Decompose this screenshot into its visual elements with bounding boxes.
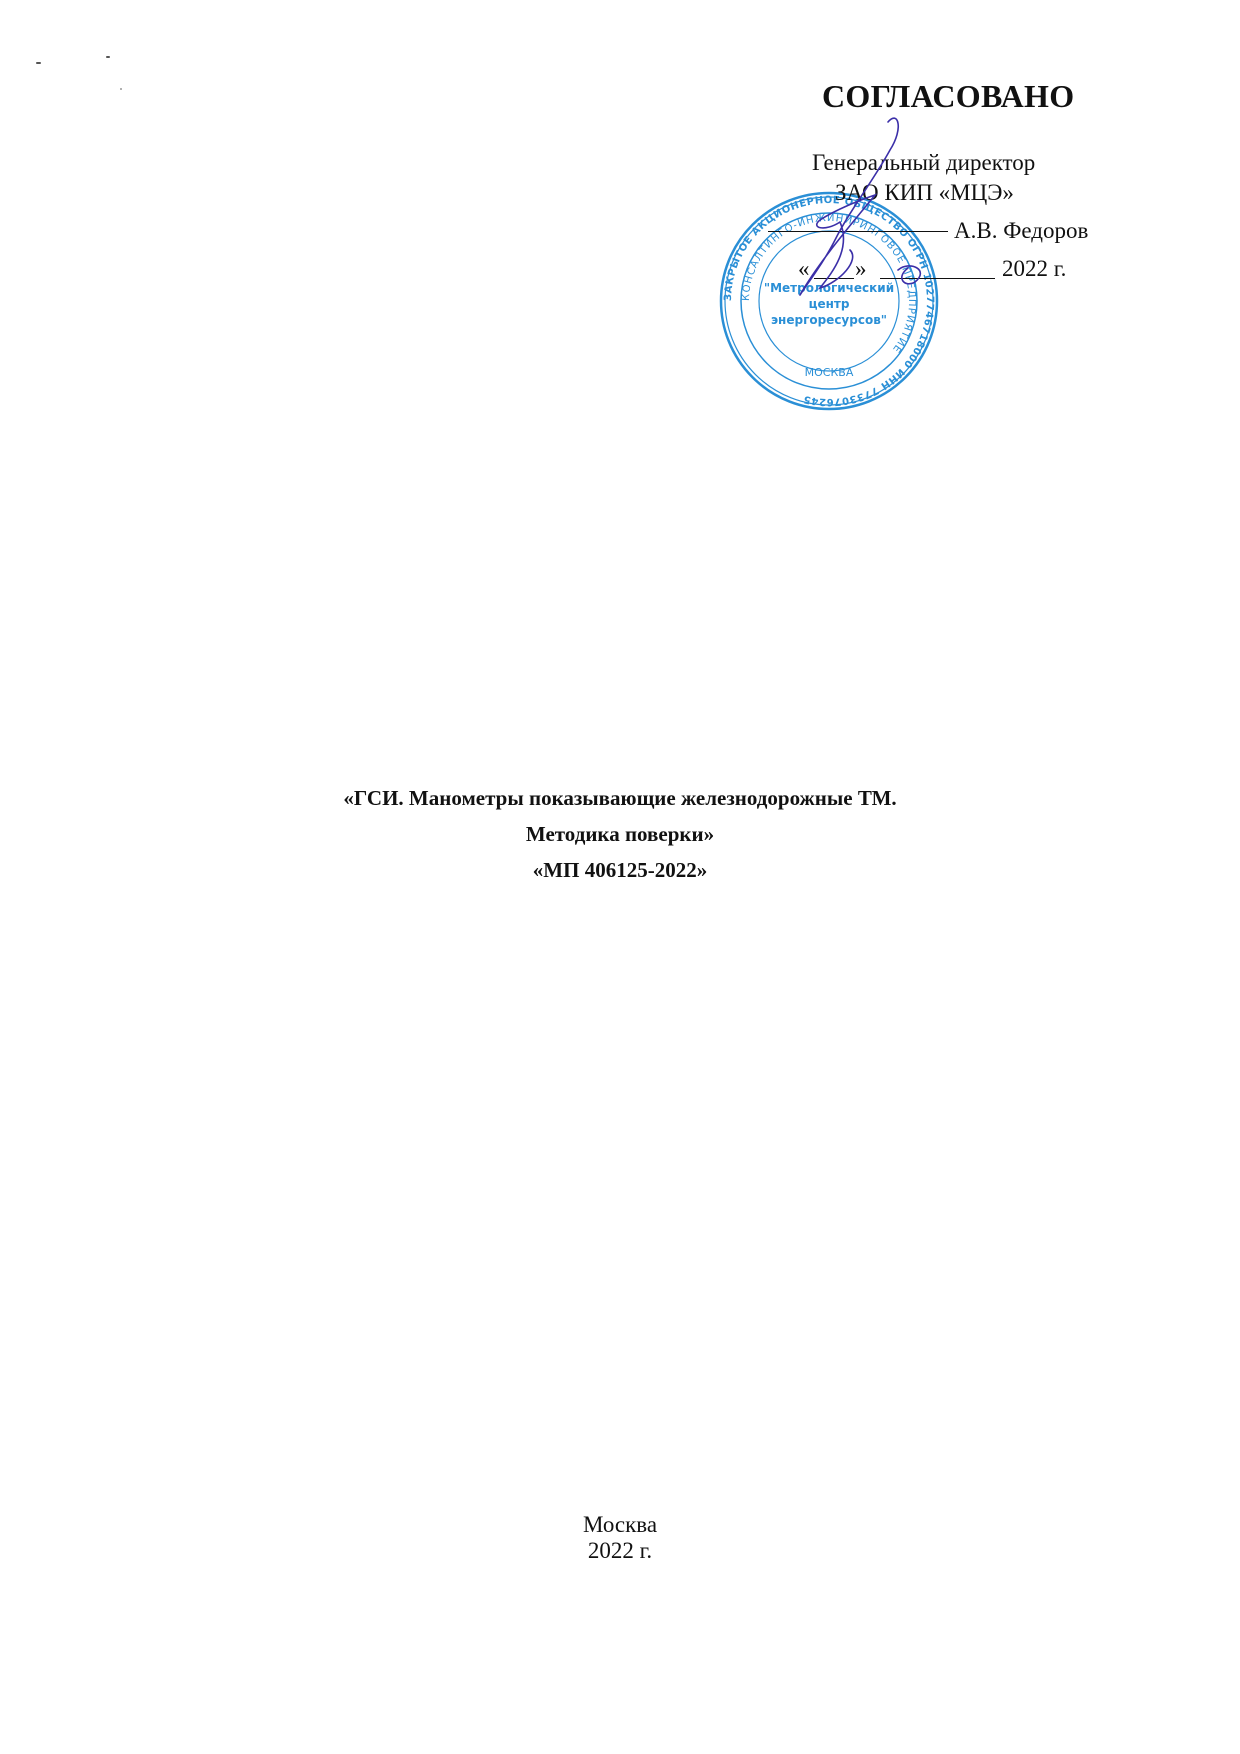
footer-year: 2022 г. bbox=[0, 1538, 1240, 1564]
scan-speck bbox=[106, 56, 110, 58]
approval-year: 2022 г. bbox=[1002, 256, 1066, 282]
document-code: «МП 406125-2022» bbox=[0, 852, 1240, 888]
svg-text:МОСКВА: МОСКВА bbox=[805, 366, 854, 379]
document-footer: Москва 2022 г. bbox=[0, 1512, 1240, 1564]
footer-city: Москва bbox=[0, 1512, 1240, 1538]
document-title: «ГСИ. Манометры показывающие железнодоро… bbox=[0, 780, 1240, 888]
document-page: ЗАКРЫТОЕ АКЦИОНЕРНОЕ ОБЩЕСТВО ОГРН 10277… bbox=[0, 0, 1240, 1754]
signatory-name: А.В. Федоров bbox=[954, 218, 1088, 244]
scan-speck bbox=[36, 62, 41, 64]
handwritten-signature bbox=[780, 110, 950, 310]
document-title-line-1: «ГСИ. Манометры показывающие железнодоро… bbox=[0, 780, 1240, 816]
svg-text:энергоресурсов": энергоресурсов" bbox=[771, 313, 887, 327]
scan-speck bbox=[120, 88, 122, 90]
document-title-line-2: Методика поверки» bbox=[0, 816, 1240, 852]
